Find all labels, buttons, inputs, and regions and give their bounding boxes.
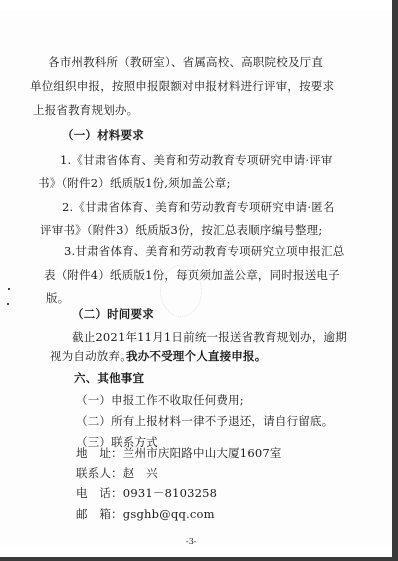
section-heading: （一）材料要求 <box>62 128 144 142</box>
text-line: （二）所有上报材料一律不予退还，请自行留底。 <box>76 414 333 428</box>
text-line: 视为自动放弃。 <box>50 349 132 363</box>
text-line: 电 话：0931－8103258 <box>76 486 217 500</box>
document-page: 各市州教科所（教研室）、省属高校、高职院校及厅直单位组织申报，按照申报限额对申报… <box>0 0 392 557</box>
text-line: 截止2021年11月1日前统一报送省教育规划办，逾期 <box>72 330 347 344</box>
section-heading: 我办不受理个人直接申报。 <box>126 349 266 363</box>
text-line: 1.《甘肃省体育、美育和劳动教育专项研究申请·评审 <box>60 153 333 167</box>
text-line: 上报省教育规划办。 <box>33 103 138 117</box>
text-line: 2.《甘肃省体育、美育和劳动教育专项研究申请·匿名 <box>62 200 335 214</box>
page-border-right <box>392 0 398 561</box>
text-line: 邮 箱：gsghb@qq.com <box>76 507 215 521</box>
text-line: 表（附件4）纸质版1份，每页须加盖公章，同时报送电子 <box>44 268 340 282</box>
section-heading: （二）时间要求 <box>72 307 154 321</box>
text-line: 地 址：兰州市庆阳路中山大厦1607室 <box>76 446 282 460</box>
page-number: -3- <box>186 537 197 546</box>
scan-speck <box>7 303 9 305</box>
text-line: 各市州教科所（教研室）、省属高校、高职院校及厅直 <box>48 55 323 69</box>
scan-speck <box>8 288 10 290</box>
text-line: 单位组织申报，按照申报限额对申报材料进行评审，按要求 <box>30 79 334 93</box>
text-line: 3.甘肃省体育、美育和劳动教育专项研究立项申报汇总 <box>64 244 344 258</box>
section-heading: 六、其他事宜 <box>74 371 144 385</box>
text-line: （一）申报工作不收取任何费用; <box>76 393 244 407</box>
text-line: 版。 <box>46 291 69 305</box>
text-line: 评审书》（附件3）纸质版3份，按汇总表顺序编号整理; <box>40 223 322 237</box>
text-line: 联系人：赵 兴 <box>76 466 158 480</box>
page-border-bottom <box>0 557 398 561</box>
text-line: 书》（附件2）纸质版1份,须加盖公章; <box>38 176 231 190</box>
